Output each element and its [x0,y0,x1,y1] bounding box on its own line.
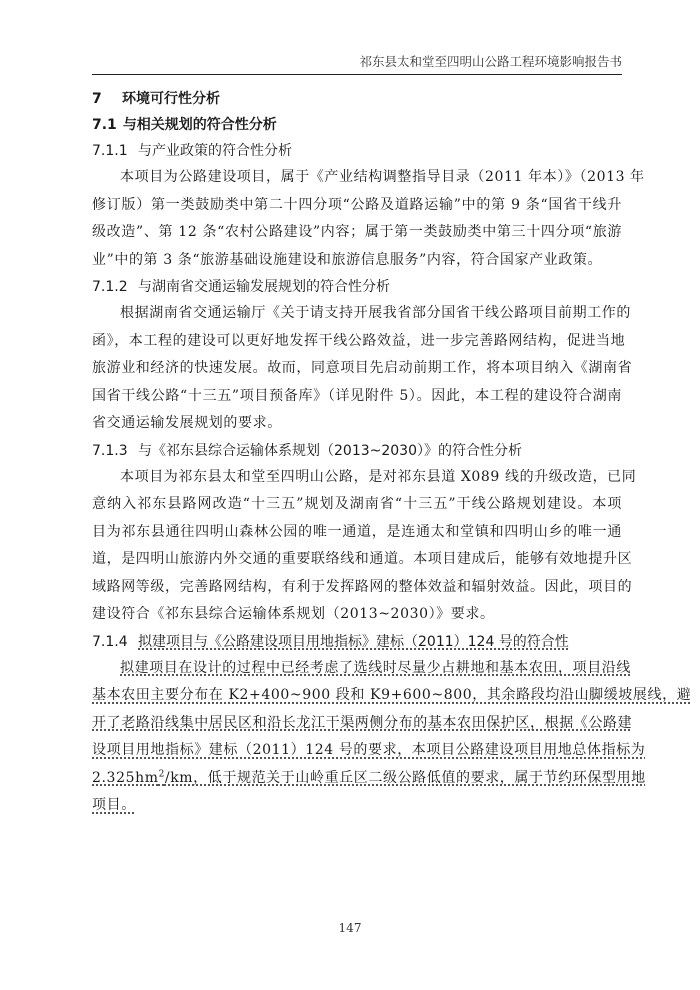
chapter-number: 7 [92,86,122,112]
section-heading-7-1: 7.1与相关规划的符合性分析 [92,112,622,138]
page-body: 7环境可行性分析 7.1与相关规划的符合性分析 7.1.1与产业政策的符合性分析… [92,86,622,820]
revised-text: 开了老路沿线集中居民区和沿长龙江干渠两侧分布的基本农田保护区，根据《公路建 [92,715,632,731]
text-line: 道，是四明山旅游内外交通的重要联络线和通道。本项目建成后，能够有效地提升区 [92,546,622,574]
chapter-heading: 7环境可行性分析 [92,86,622,112]
text-line: 2.325hm2/km，低于规范关于山岭重丘区二级公路低值的要求，属于节约环保型… [92,765,622,793]
text-line: 修订版）第一类鼓励类中第二十四分项“公路及道路运输”中的第 9 条“国省干线升 [92,192,622,220]
subsection-title-revised: 拟建项目与《公路建设项目用地指标》建标（2011）124 号的符合性 [138,634,569,650]
subsection-number: 7.1.4 [92,629,138,655]
text-line: 国省干线公路“十三五”项目预备库》（详见附件 5）。因此，本工程的建设符合湖南 [92,383,622,411]
text-line: 项目。 [92,792,622,820]
land-index-value: 2.325hm [92,770,159,786]
subsection-title: 与《祁东县综合运输体系规划（2013~2030）》的符合性分析 [138,443,522,459]
text-line: 目为祁东县通往四明山森林公园的唯一通道，是连通太和堂镇和四明山乡的唯一通 [92,519,622,547]
paragraph-hunan-transport-plan: 根据湖南省交通运输厅《关于请支持开展我省部分国省干线公路项目前期工作的 函》，本… [92,300,622,438]
subsection-title: 与产业政策的符合性分析 [138,143,292,159]
subsection-number: 7.1.3 [92,438,138,464]
page-number: 147 [0,921,700,935]
running-header: 祁东县太和堂至四明山公路工程环境影响报告书 [92,52,622,75]
subsection-heading-7-1-2: 7.1.2与湖南省交通运输发展规划的符合性分析 [92,274,622,300]
text-line: 基本农田主要分布在 K2+400~900 段和 K9+600~800，其余路段均… [92,682,622,710]
text-line: 函》，本工程的建设可以更好地发挥干线公路效益，进一步完善路网结构，促进当地 [92,328,622,356]
subsection-number: 7.1.2 [92,274,138,300]
land-index-rest: /km，低于规范关于山岭重丘区二级公路低值的要求，属于节约环保型用地 [165,770,646,786]
subsection-title: 与湖南省交通运输发展规划的符合性分析 [138,279,390,295]
paragraph-land-use-index: 拟建项目在设计的过程中已经考虑了选线时尽量少占耕地和基本农田，项目沿线 基本农田… [92,655,622,820]
text-line: 设项目用地指标》建标（2011）124 号的要求，本项目公路建设项目用地总体指标… [92,737,622,765]
section-title: 与相关规划的符合性分析 [123,117,277,133]
chapter-title: 环境可行性分析 [122,91,220,107]
report-title: 祁东县太和堂至四明山公路工程环境影响报告书 [359,54,622,69]
subsection-heading-7-1-4: 7.1.4拟建项目与《公路建设项目用地指标》建标（2011）124 号的符合性 [92,629,622,655]
section-number: 7.1 [92,117,117,133]
paragraph-industrial-policy: 本项目为公路建设项目，属于《产业结构调整指导目录（2011 年本）》（2013 … [92,164,622,274]
subsection-heading-7-1-3: 7.1.3与《祁东县综合运输体系规划（2013~2030）》的符合性分析 [92,438,622,464]
revised-text: 设项目用地指标》建标（2011）124 号的要求，本项目公路建设项目用地总体指标… [92,742,645,758]
subsection-number: 7.1.1 [92,138,138,164]
paragraph-qidong-transport-plan: 本项目为祁东县太和堂至四明山公路，是对祁东县道 X089 线的升级改造，已同 意… [92,464,622,629]
text-line: 拟建项目在设计的过程中已经考虑了选线时尽量少占耕地和基本农田，项目沿线 [92,655,622,683]
text-line: 业”中的第 3 条“旅游基础设施建设和旅游信息服务”内容，符合国家产业政策。 [92,247,622,275]
text-line: 级改造”、第 12 条“农村公路建设”内容；属于第一类鼓励类中第三十四分项“旅游 [92,219,622,247]
revised-text: 项目。 [92,797,136,813]
subsection-heading-7-1-1: 7.1.1与产业政策的符合性分析 [92,138,622,164]
revised-text: 基本农田主要分布在 K2+400~900 段和 K9+600~800，其余路段均… [92,687,691,703]
text-line: 本项目为公路建设项目，属于《产业结构调整指导目录（2011 年本）》（2013 … [92,164,622,192]
text-line: 开了老路沿线集中居民区和沿长龙江干渠两侧分布的基本农田保护区，根据《公路建 [92,710,622,738]
revised-text: 拟建项目在设计的过程中已经考虑了选线时尽量少占耕地和基本农田，项目沿线 [120,660,631,676]
revised-text: 2.325hm2/km，低于规范关于山岭重丘区二级公路低值的要求，属于节约环保型… [92,770,646,786]
text-line: 根据湖南省交通运输厅《关于请支持开展我省部分国省干线公路项目前期工作的 [92,300,622,328]
text-line: 省交通运输发展规划的要求。 [92,410,622,438]
text-line: 旅游业和经济的快速发展。故而，同意项目先启动前期工作，将本项目纳入《湖南省 [92,355,622,383]
text-line: 建设符合《祁东县综合运输体系规划（2013~2030）》要求。 [92,601,622,629]
text-line: 本项目为祁东县太和堂至四明山公路，是对祁东县道 X089 线的升级改造，已同 [92,464,622,492]
text-line: 意纳入祁东县路网改造“十三五”规划及湖南省“十三五”干线公路规划建设。本项 [92,491,622,519]
text-line: 域路网等级，完善路网结构，有利于发挥路网的整体效益和辐射效益。因此，项目的 [92,574,622,602]
